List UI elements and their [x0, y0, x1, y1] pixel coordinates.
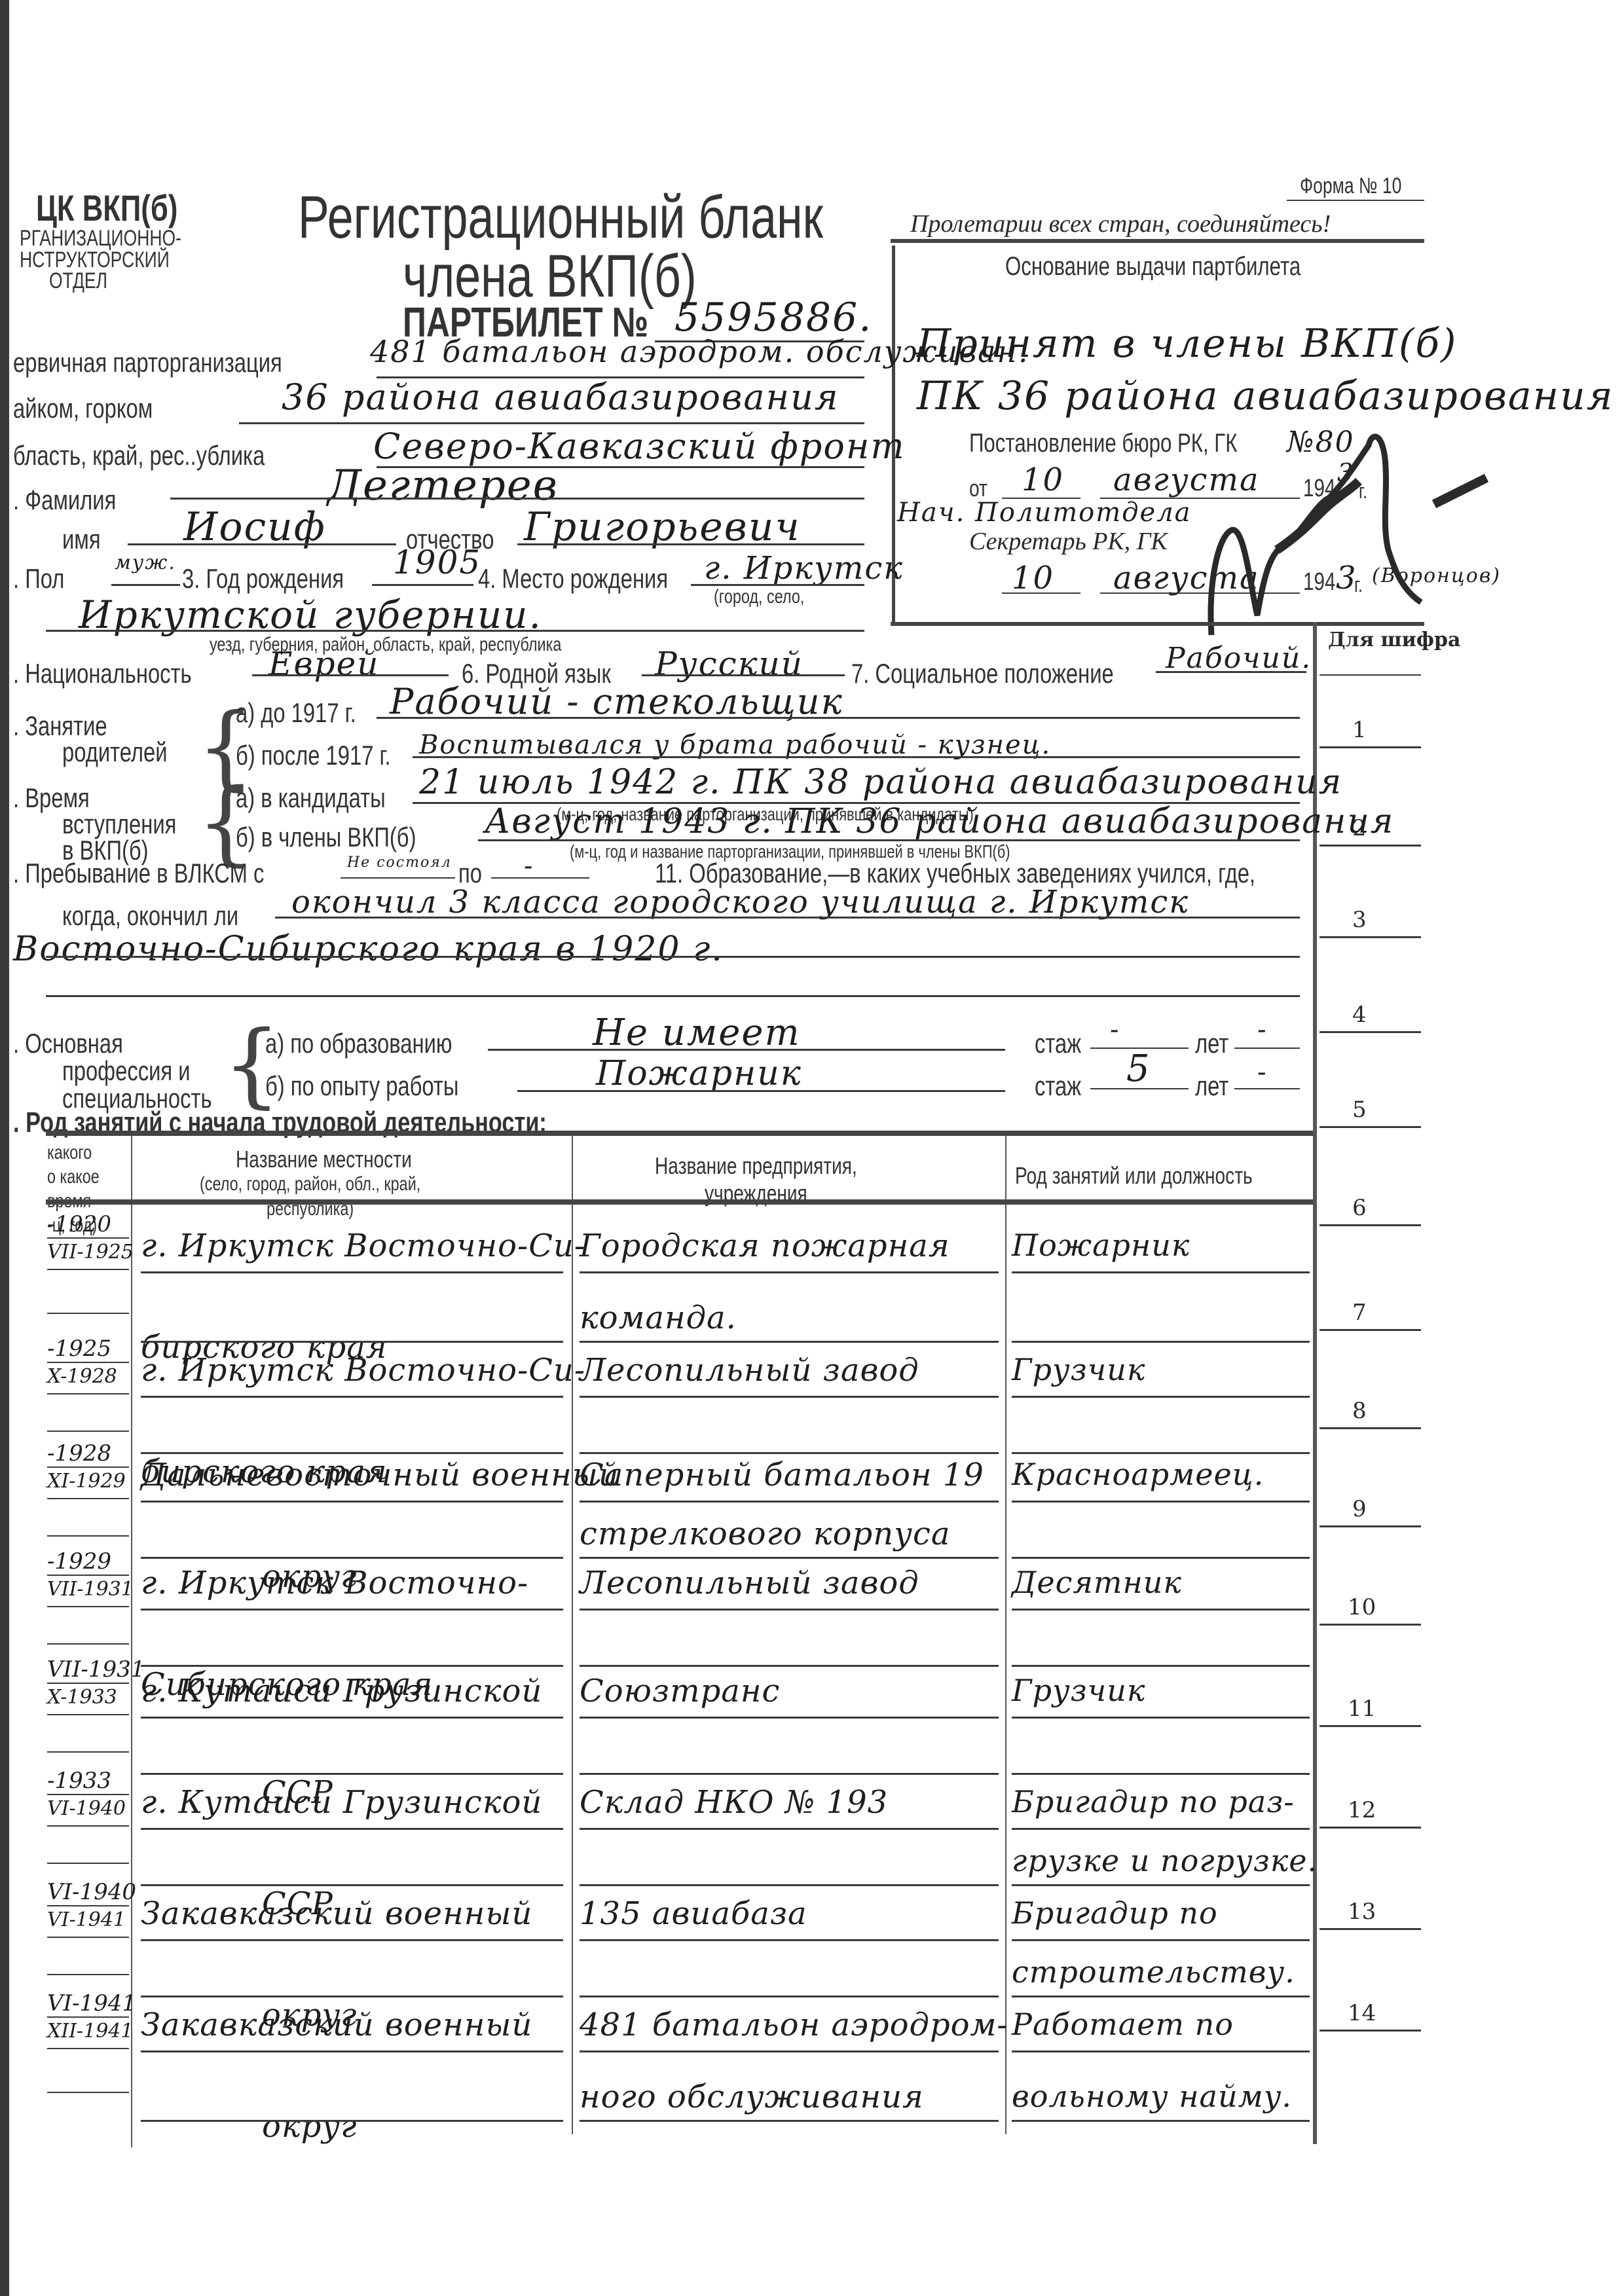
cipher-number: 6 [1352, 1195, 1367, 1221]
raikom-line [239, 422, 864, 424]
cipher-number: 4 [1352, 1002, 1367, 1028]
birthplace-value: г. Иркутск [704, 550, 904, 587]
region-value: Северо-Кавказский фронт [373, 426, 906, 467]
social-value: Рабочий. [1166, 642, 1312, 675]
basis-text-line2: ПК 36 района авиабазирования [917, 373, 1614, 419]
resolution-date-day: 10 [1022, 462, 1064, 498]
cipher-number: 13 [1348, 1899, 1376, 1925]
raikom-label: айком, горком [13, 393, 153, 424]
cipher-line [1319, 936, 1421, 938]
work-place-underline1 [141, 1939, 563, 1941]
work-place-underline2 [141, 1884, 563, 1886]
education-line-2 [46, 956, 1300, 958]
work-enterprise-underline1 [580, 1501, 999, 1503]
work-position-underline2 [1012, 1452, 1310, 1454]
cipher-line [1319, 1725, 1421, 1727]
work-period-to: XI-1929 [47, 1470, 126, 1493]
cipher-line [1319, 1427, 1421, 1429]
work-period-to-line [47, 1825, 129, 1827]
work-position-line2: строительству. [1012, 1954, 1295, 1990]
work-table-col-divider-3 [1005, 1136, 1006, 2134]
patronymic-line [517, 543, 864, 545]
cipher-line [1319, 1329, 1421, 1331]
work-enterprise-underline1 [580, 1828, 999, 1830]
work-period-from: -1925 [47, 1336, 111, 1362]
birth-year-value: 1905 [393, 543, 481, 581]
work-period-sep-line [47, 1863, 129, 1864]
birth-year-label: 3. Год рождения [182, 563, 344, 594]
sex-value: муж. [115, 551, 176, 574]
work-enterprise-line1: Саперный батальон 19 [580, 1457, 984, 1493]
work-period-from: -1928 [47, 1440, 111, 1467]
work-period-from: -1929 [47, 1548, 111, 1575]
cipher-number: 5 [1352, 1097, 1367, 1123]
work-place-underline2 [141, 1452, 563, 1454]
work-enterprise-line1: Склад НКО № 193 [580, 1784, 888, 1821]
education-value-1: окончил 3 класса городского училища г. И… [291, 884, 1189, 920]
prof-work-label: б) по опыту работы [265, 1070, 458, 1102]
work-place-underline1 [141, 1396, 563, 1398]
nationality-label: . Национальность [13, 658, 192, 689]
nationality-value: Еврей [268, 645, 379, 683]
work-position-underline2 [1012, 1773, 1310, 1775]
work-period-to: VII-1931 [47, 1578, 134, 1601]
work-place-underline2 [141, 2120, 563, 2122]
work-period-from: -1933 [47, 1768, 111, 1794]
prof-edu-let-value: - [1257, 1015, 1268, 1045]
prof-edu-let-line [1234, 1048, 1300, 1049]
work-period-to-line [47, 1269, 129, 1270]
work-position-underline2 [1012, 1557, 1310, 1559]
parents-before-label: а) до 1917 г. [236, 697, 356, 729]
cipher-number: 11 [1348, 1696, 1376, 1722]
name-line [128, 543, 396, 545]
work-period-from-line [47, 2016, 129, 2018]
work-position-line1: Работает по [1012, 2007, 1234, 2042]
parents-before-value: Рабочий - стекольщик [390, 681, 843, 722]
work-place-underline1 [141, 1271, 563, 1273]
work-enterprise-underline2 [580, 2120, 999, 2122]
surname-label: . Фамилия [13, 484, 116, 516]
work-place-underline2 [141, 1995, 563, 1997]
prof-work-line [517, 1090, 1005, 1092]
form-number: Форма № 10 [1300, 173, 1401, 199]
nationality-line [252, 674, 449, 676]
vlksm-to-line [491, 877, 589, 879]
work-position-line1: Десятник [1012, 1565, 1182, 1600]
social-line [1156, 671, 1306, 673]
work-period-to-line [47, 1714, 129, 1715]
work-period-sep-line [47, 1643, 129, 1645]
language-value: Русский [655, 645, 803, 683]
work-period-to: VI-1940 [47, 1797, 126, 1820]
work-enterprise-underline2 [580, 1557, 999, 1559]
work-position-line2: вольному найму. [1012, 2079, 1292, 2114]
cipher-column-title: Для шифра [1328, 629, 1460, 651]
work-position-underline2 [1012, 1341, 1310, 1343]
work-period-from-line [47, 1575, 129, 1576]
cipher-number: 14 [1348, 2000, 1376, 2026]
primary-org-value: 481 батальон аэродром. обслуживан. [370, 334, 1029, 369]
cipher-line [1319, 2030, 1421, 2032]
work-position-underline1 [1012, 1828, 1310, 1830]
work-enterprise-underline1 [580, 1717, 999, 1719]
work-period-sep-line [47, 2092, 129, 2093]
work-enterprise-underline1 [580, 1396, 999, 1398]
work-period-to: VI-1941 [47, 1908, 126, 1931]
sex-line [111, 584, 180, 586]
work-enterprise-line1: Городская пожарная [580, 1228, 950, 1264]
work-place-underline1 [141, 2050, 563, 2052]
work-period-to: X-1933 [47, 1686, 117, 1709]
education-line-3 [46, 995, 1300, 997]
cipher-number: 8 [1352, 1398, 1367, 1424]
header-place-hint: (село, город, район, обл., край, республ… [200, 1172, 420, 1222]
work-place-line1: г. Кутаиси Грузинской [141, 1784, 542, 1821]
position-title: Нач. Политотдела [897, 498, 1192, 528]
work-period-from-line [47, 1905, 129, 1906]
work-place-underline2 [141, 1557, 563, 1559]
work-position-underline2 [1012, 1665, 1310, 1667]
work-period-from: VI-1941 [47, 1990, 136, 2016]
cipher-number: 7 [1352, 1300, 1367, 1326]
work-place-line1: г. Иркутск Восточно- [141, 1565, 528, 1601]
work-place-underline1 [141, 1609, 563, 1611]
work-position-line1: Бригадир по раз- [1012, 1784, 1295, 1819]
prof-work-let-label: лет [1195, 1070, 1228, 1102]
work-enterprise-line1: 135 авиабаза [580, 1895, 807, 1932]
work-place-line1: г. Кутаиси Грузинской [141, 1673, 542, 1709]
parents-label-2: родителей [62, 737, 168, 768]
secretary-date-day-line [1002, 592, 1080, 594]
education-value-2: Восточно-Сибирского края в 1920 г. [13, 930, 724, 969]
work-position-line1: Пожарник [1012, 1228, 1190, 1263]
work-place-underline2 [141, 1773, 563, 1775]
work-enterprise-underline1 [580, 1939, 999, 1941]
work-enterprise-underline1 [580, 1609, 999, 1611]
work-position-line1: Грузчик [1012, 1352, 1145, 1387]
work-period-sep-line [47, 1751, 129, 1753]
org-dept-line3: ОТДЕЛ [49, 268, 107, 294]
work-enterprise-underline2 [580, 1452, 999, 1454]
prof-work-let-value: - [1257, 1057, 1268, 1087]
work-period-from-line [47, 1467, 129, 1468]
org-name: ЦК ВКП(б) [36, 187, 177, 229]
raikom-value: 36 района авиабазирования [282, 376, 840, 418]
work-position-underline1 [1012, 1609, 1310, 1611]
work-place-line1: Дальневосточный военный [141, 1457, 619, 1493]
work-period-from: -1920 [47, 1211, 111, 1237]
work-position-underline1 [1012, 2050, 1310, 2052]
vlksm-from-line [341, 877, 455, 879]
work-place-underline1 [141, 1717, 563, 1719]
work-enterprise-line2: стрелкового корпуса [580, 1516, 950, 1552]
cipher-number: 3 [1352, 907, 1367, 933]
birthplace-label: 4. Место рождения [478, 563, 668, 594]
profession-label-2: профессия и [62, 1055, 191, 1087]
work-place-line1: г. Иркутск Восточно-Си- [141, 1228, 585, 1264]
work-period-from-line [47, 1362, 129, 1363]
member-value: Август 1943 г. ПК 36 района авиабазирова… [485, 802, 1394, 841]
cipher-line [1319, 1031, 1421, 1033]
work-period-from-line [47, 1237, 129, 1239]
work-position-underline1 [1012, 1939, 1310, 1941]
work-place-underline2 [141, 1341, 563, 1343]
work-position-underline1 [1012, 1501, 1310, 1503]
cipher-column-border [1313, 622, 1317, 2144]
work-enterprise-underline2 [580, 1995, 999, 1997]
cipher-number: 9 [1352, 1496, 1367, 1522]
work-enterprise-underline2 [580, 1665, 999, 1667]
surname-line [170, 498, 864, 500]
vlksm-label: . Пребывание в ВЛКСМ с [13, 858, 264, 889]
candidate-label: а) в кандидаты [236, 782, 386, 814]
prof-edu-stazh-label: стаж [1035, 1028, 1081, 1059]
scan-edge [0, 0, 9, 2296]
work-period-to-line [47, 1606, 129, 1607]
name-label: имя [62, 524, 101, 555]
work-period-to-line [47, 1498, 129, 1499]
cipher-line [1319, 746, 1421, 748]
prof-edu-value: Не имеет [593, 1011, 801, 1054]
member-label: б) в члены ВКП(б) [236, 822, 416, 853]
education-line-1 [275, 917, 1300, 919]
work-position-underline1 [1012, 1271, 1310, 1273]
secretary-date-day: 10 [1012, 560, 1054, 596]
parents-after-line [413, 756, 1300, 758]
cipher-line [1319, 1525, 1421, 1527]
work-place-underline2 [141, 1665, 563, 1667]
birthplace-region-hint: уезд, губерния, район, область, край, ре… [210, 634, 561, 656]
vlksm-from-value: Не состоял [347, 854, 452, 871]
cipher-line [1319, 1224, 1421, 1226]
secretary-label: Секретарь РК, ГК [969, 527, 1168, 556]
signature-icon [1172, 419, 1513, 655]
work-period-to-line [47, 1937, 129, 1938]
cipher-line [1319, 1126, 1421, 1128]
cipher-line [1319, 845, 1421, 847]
prof-work-stazh-label: стаж [1035, 1070, 1081, 1102]
work-enterprise-underline2 [580, 1884, 999, 1886]
work-place-underline1 [141, 1828, 563, 1830]
work-place-line1: Закавказский военный [141, 2007, 532, 2043]
work-period-from-line [47, 1794, 129, 1795]
work-period-sep-line [47, 1535, 129, 1537]
work-period-to-line [47, 2048, 129, 2049]
work-table-header-border [46, 1199, 1313, 1205]
work-period-to: VII-1925 [47, 1241, 134, 1264]
cipher-title-underline [1319, 674, 1421, 676]
basis-box-bottom-border [891, 622, 1424, 626]
work-enterprise-underline1 [580, 2050, 999, 2052]
profession-label-1: . Основная [13, 1028, 123, 1059]
birthplace-hint: (город, село, [714, 586, 804, 608]
prof-edu-stazh-value: - [1110, 1015, 1120, 1045]
work-enterprise-underline2 [580, 1773, 999, 1775]
work-enterprise-line2: команда. [580, 1300, 737, 1336]
work-period-to: X-1928 [47, 1365, 117, 1388]
work-position-line1: Бригадир по [1012, 1895, 1218, 1931]
language-line [642, 674, 845, 676]
work-place-underline1 [141, 1501, 563, 1503]
header-place: Название местности [236, 1146, 412, 1173]
work-period-from: VII-1931 [47, 1656, 145, 1683]
prof-edu-let-label: лет [1195, 1028, 1228, 1059]
work-enterprise-line1: 481 батальон аэродром- [580, 2007, 1008, 2043]
work-enterprise-line2: ного обслуживания [580, 2079, 924, 2115]
parents-before-line [377, 717, 1300, 719]
region-label: бласть, край, рес..ублика [13, 440, 265, 471]
basis-box-top-border [891, 239, 1424, 243]
work-period-sep-line [47, 1313, 129, 1314]
work-position-line2: грузке и погрузке. [1012, 1843, 1318, 1878]
primary-org-label: ервичная парторганизация [13, 347, 282, 378]
work-enterprise-line1: Лесопильный завод [580, 1565, 919, 1601]
prof-work-value: Пожарник [596, 1054, 802, 1093]
prof-edu-line [488, 1049, 1005, 1051]
work-table-col-divider-2 [572, 1136, 573, 2134]
header-position: Род занятий или должность [1015, 1162, 1253, 1190]
work-place-line1: г. Иркутск Восточно-Си- [141, 1352, 585, 1389]
work-period-from: VI-1940 [47, 1879, 136, 1905]
work-position-underline2 [1012, 1884, 1310, 1886]
work-enterprise-line1: Союзтранс [580, 1673, 780, 1709]
cipher-number: 1 [1352, 717, 1367, 743]
work-place-line1: Закавказский военный [141, 1895, 532, 1932]
work-enterprise-line1: Лесопильный завод [580, 1352, 919, 1389]
work-enterprise-underline1 [580, 1271, 999, 1273]
birth-year-line [372, 584, 473, 586]
work-period-to: XII-1941 [47, 2020, 134, 2043]
work-period-sep-line [47, 1430, 129, 1432]
candidate-value: 21 июль 1942 г. ПК 38 района авиабазиров… [419, 763, 1342, 802]
work-table-top-border [46, 1131, 1313, 1136]
work-position-line1: Грузчик [1012, 1673, 1145, 1708]
work-position-line1: Красноармеец. [1012, 1457, 1264, 1492]
work-enterprise-underline2 [580, 1341, 999, 1343]
prof-edu-label: а) по образованию [265, 1028, 452, 1059]
prof-work-let-line [1234, 1088, 1300, 1089]
work-position-underline1 [1012, 1717, 1310, 1719]
surname-value: Дегтерев [327, 462, 559, 510]
work-place-line2: округ [262, 2108, 357, 2145]
cipher-line [1319, 1827, 1421, 1829]
social-label: 7. Социальное положение [851, 658, 1114, 689]
prof-work-stazh-value: 5 [1126, 1048, 1151, 1090]
work-period-to-line [47, 1393, 129, 1394]
sex-label: . Пол [13, 563, 64, 594]
work-position-underline2 [1012, 1995, 1310, 1997]
cipher-line [1319, 1928, 1421, 1930]
cipher-line [1319, 1624, 1421, 1626]
education-label-2: когда, окончил ли [62, 900, 238, 932]
form-number-underline [1287, 200, 1424, 201]
work-position-underline1 [1012, 1396, 1310, 1398]
cipher-number: 12 [1348, 1797, 1376, 1823]
birthplace-region-line [46, 630, 864, 632]
work-period-sep-line [47, 1974, 129, 1975]
cipher-number: 10 [1348, 1594, 1376, 1620]
work-position-underline2 [1012, 2120, 1310, 2122]
parents-after-label: б) после 1917 г. [236, 740, 391, 771]
slogan: Пролетарии всех стран, соединяйтесь! [910, 210, 1331, 238]
prof-work-stazh-line [1090, 1088, 1189, 1089]
work-period-from-line [47, 1683, 129, 1684]
basis-box-title: Основание выдачи партбилета [1005, 252, 1301, 282]
